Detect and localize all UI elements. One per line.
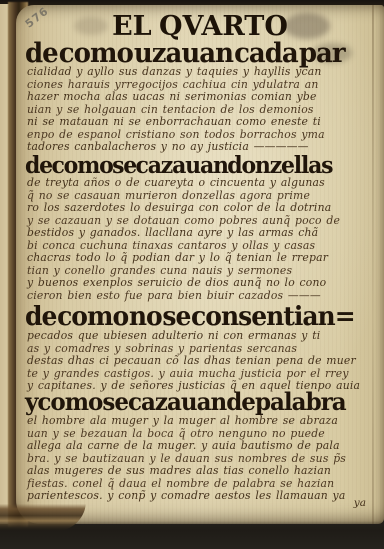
text-line: allega ala carne de la muger. y auia bau… [27, 439, 379, 452]
text-line: de treyta años o de cuareyta o cincuenta… [27, 176, 379, 189]
text-line: alas mugeres de sus madres alas tias con… [27, 464, 379, 477]
text-line: el hombre ala muger y la muger al hombre… [27, 414, 379, 427]
section-body-1: cialidad y ayllo sus danzas y taquies y … [27, 65, 379, 153]
text-line: cieron bien esto fue para bien biuir caz… [27, 289, 379, 302]
text-line: y buenos exenplos seruicio de dios aunq̃… [27, 276, 379, 289]
text-line: y se cazauan y se dotauan como pobres au… [27, 214, 379, 227]
text-line: te y grandes castigos. y auia mucha just… [27, 367, 379, 380]
text-line: fiestas. conel q̃ daua el nombre de pala… [27, 477, 379, 490]
text-line: as y comadres y sobrinas y parientas ser… [27, 342, 379, 355]
text-line: ciones harauis yrregocijos cachiua cin y… [27, 78, 379, 91]
section-heading-4: y como se caza uan de palabra [25, 388, 346, 416]
text-line: uan y se bezauan la boca q̃ otro nenguno… [27, 427, 379, 440]
text-line: ro los sazerdotes lo desuirga con color … [27, 201, 379, 214]
text-line: pecados que ubiesen adulterio ni con erm… [27, 329, 379, 342]
text-line: q̃ no se casauan murieron donzellas agor… [27, 189, 379, 202]
text-line: ni se matauan ni se enborrachauan como e… [27, 115, 379, 128]
text-line: bestidos y ganados. llacllana ayre y las… [27, 226, 379, 239]
text-line: tadores canbalacheros y no ay justicia —… [27, 140, 379, 153]
manuscript-page: 576 EL QVARTO de como uzauan cada par ci… [16, 5, 384, 524]
text-line: cialidad y ayllo sus danzas y taquies y … [27, 65, 379, 78]
manuscript-scan: 576 EL QVARTO de como uzauan cada par ci… [0, 0, 384, 549]
text-line: tian y conello grandes cuna nauis y serm… [27, 264, 379, 277]
scan-background-bottom [0, 521, 384, 549]
section-body-3: pecados que ubiesen adulterio ni con erm… [27, 329, 379, 392]
text-line: destas dhas ci pecauan cõ las dhas tenia… [27, 354, 379, 367]
catchword: ya [354, 497, 366, 509]
section-body-2: de treyta años o de cuareyta o cincuenta… [27, 176, 379, 301]
text-line: chacras todo lo q̃ podian dar y lo q̃ te… [27, 251, 379, 264]
text-line: hazer mocha alas uacas ni serimonias com… [27, 90, 379, 103]
section-body-4: el hombre ala muger y la muger al hombre… [27, 414, 379, 502]
text-line: bi conca cuchuna tinaxas cantaros y olla… [27, 239, 379, 252]
text-line: uian y se holgauan cin tentacion de los … [27, 103, 379, 116]
section-heading-2: de como se cazauan donzellas [25, 152, 332, 179]
section-heading-3: de como no se consentian= [25, 301, 355, 331]
text-line: bra. y se bautizauan y le dauan sus nomb… [27, 452, 379, 465]
text-line: enpo de espanol cristiano son todos borr… [27, 128, 379, 141]
